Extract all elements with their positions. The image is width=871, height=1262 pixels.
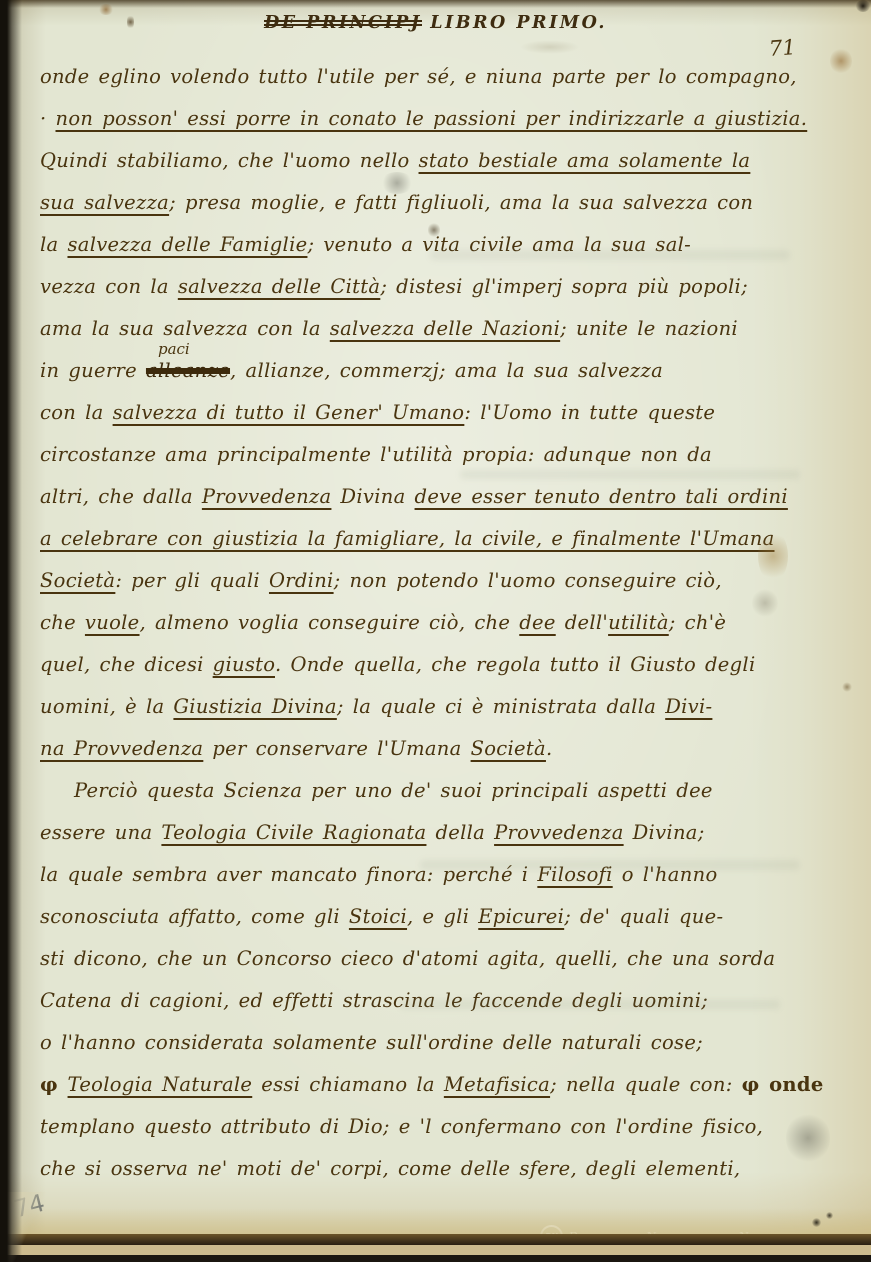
- text-segment: Teologia Civile Ragionata: [161, 821, 426, 844]
- stain: [98, 4, 114, 15]
- text-segment: ; distesi gl'imperj sopra più popoli;: [380, 275, 748, 298]
- text-segment: sti dicono, che un Concorso cieco d'atom…: [40, 947, 775, 970]
- manuscript-line: vezza con la salvezza delle Città; diste…: [40, 266, 841, 308]
- text-segment: ; la quale ci è ministrata dalla: [337, 695, 665, 718]
- text-segment: : l'Uomo in tutte queste: [464, 401, 715, 424]
- manuscript-line: Quindi stabiliamo, che l'uomo nello stat…: [40, 140, 841, 182]
- page-top-edge: [0, 0, 871, 8]
- manuscript-line: sua salvezza; presa moglie, e fatti figl…: [40, 182, 841, 224]
- text-segment: Divina: [331, 485, 414, 508]
- manuscript-line: che si osserva ne' moti de' corpi, come …: [40, 1148, 841, 1190]
- text-segment: dell': [556, 611, 608, 634]
- text-segment: deve esser tenuto dentro tali ordini: [415, 485, 788, 508]
- stain: [842, 682, 852, 692]
- bleedthrough-mark: [430, 250, 790, 260]
- text-segment: vezza con la: [40, 275, 178, 298]
- bleedthrough-mark: [460, 470, 800, 479]
- text-segment: Teologia Naturale: [68, 1073, 253, 1096]
- underpage-edge: [0, 1245, 871, 1255]
- text-segment: onde eglino volendo tutto l'utile per sé…: [40, 65, 797, 88]
- manuscript-line: onde eglino volendo tutto l'utile per sé…: [40, 56, 841, 98]
- smudge: [786, 1112, 830, 1164]
- bleedthrough-mark: [520, 40, 580, 54]
- text-segment: : per gli quali: [115, 569, 269, 592]
- text-segment: non posson' essi porre in conato le pass…: [56, 107, 808, 130]
- text-segment: per conservare l'Umana: [203, 737, 470, 760]
- text-segment: na Provvedenza: [40, 737, 203, 760]
- text-segment: dee: [519, 611, 555, 634]
- text-segment: Metafisica: [444, 1073, 550, 1096]
- text-segment: utilità: [608, 611, 669, 634]
- manuscript-line: φ Teologia Naturale essi chiamano la Met…: [40, 1064, 841, 1106]
- manuscript-line: templano questo attributo di Dio; e 'l c…: [40, 1106, 841, 1148]
- text-segment: , allianze, commerzj; ama la sua salvezz…: [230, 359, 663, 382]
- text-segment: la: [40, 233, 67, 256]
- text-segment: ·: [40, 107, 56, 130]
- manuscript-line: Perciò questa Scienza per uno de' suoi p…: [40, 770, 841, 812]
- insertion-mark: φ onde: [742, 1073, 824, 1096]
- scan-bottom-border: [0, 1255, 871, 1262]
- smudge: [752, 588, 778, 618]
- text-segment: ; presa moglie, e fatti figliuoli, ama l…: [169, 191, 753, 214]
- text-segment: sconosciuta affatto, come gli: [40, 905, 349, 928]
- text-segment: Ordini: [269, 569, 334, 592]
- text-segment: salvezza delle Nazioni: [330, 317, 560, 340]
- manuscript-line: che vuole, almeno voglia conseguire ciò,…: [40, 602, 841, 644]
- insertion-mark: φ: [40, 1073, 68, 1096]
- smudge: [380, 172, 414, 194]
- manuscript-line: con la salvezza di tutto il Gener' Umano…: [40, 392, 841, 434]
- manuscript-line: in guerre alleanzepaci, allianze, commer…: [40, 350, 841, 392]
- text-segment: sua salvezza: [40, 191, 169, 214]
- manuscript-line: uomini, è la Giustizia Divina; la quale …: [40, 686, 841, 728]
- text-segment: essere una: [40, 821, 161, 844]
- ink-spot: [428, 222, 440, 238]
- text-segment: ; de' quali que-: [564, 905, 723, 928]
- text-segment: con la: [40, 401, 113, 424]
- text-segment: essi chiamano la: [252, 1073, 444, 1096]
- manuscript-text: onde eglino volendo tutto l'utile per sé…: [40, 56, 841, 1190]
- manuscript-line: · non posson' essi porre in conato le pa…: [40, 98, 841, 140]
- manuscript-line: sconosciuta affatto, come gli Stoici, e …: [40, 896, 841, 938]
- text-segment: Stoici: [349, 905, 407, 928]
- text-segment: ; nella quale con:: [550, 1073, 742, 1096]
- struck-word: alleanzepaci: [146, 359, 230, 382]
- text-segment: Società: [471, 737, 546, 760]
- text-segment: templano questo attributo di Dio; e 'l c…: [40, 1115, 763, 1138]
- page-title: LIBRO PRIMO.: [422, 13, 607, 33]
- manuscript-line: altri, che dalla Provvedenza Divina deve…: [40, 476, 841, 518]
- text-segment: Epicurei: [478, 905, 564, 928]
- text-segment: giusto: [213, 653, 275, 676]
- text-segment: altri, che dalla: [40, 485, 202, 508]
- text-segment: , almeno voglia conseguire ciò, che: [140, 611, 520, 634]
- text-segment: Provvedenza: [494, 821, 624, 844]
- text-segment: che si osserva ne' moti de' corpi, come …: [40, 1157, 740, 1180]
- text-segment: ; ch'è: [669, 611, 726, 634]
- text-segment: a celebrare con giustizia la famigliare,…: [40, 527, 775, 550]
- stain: [127, 14, 134, 30]
- text-segment: che: [40, 611, 85, 634]
- text-segment: Provvedenza: [202, 485, 332, 508]
- manuscript-page: DE PRINCIPJ LIBRO PRIMO. 71 onde eglino …: [0, 0, 871, 1262]
- text-segment: circostanze ama principalmente l'utilità…: [40, 443, 712, 466]
- text-segment: salvezza delle Città: [178, 275, 381, 298]
- text-segment: o l'hanno considerata solamente sull'ord…: [40, 1031, 703, 1054]
- text-segment: Perciò questa Scienza per uno de' suoi p…: [74, 779, 713, 802]
- text-segment: uomini, è la: [40, 695, 173, 718]
- text-segment: ; non potendo l'uomo conseguire ciò,: [334, 569, 722, 592]
- ink-spot: [812, 1218, 821, 1227]
- stain: [758, 530, 788, 582]
- text-segment: ama la sua salvezza con la: [40, 317, 330, 340]
- page-bottom-edge-dark: [0, 1234, 871, 1245]
- text-segment: Divi-: [665, 695, 712, 718]
- interlinear-insertion: paci: [158, 342, 190, 357]
- manuscript-line: sti dicono, che un Concorso cieco d'atom…: [40, 938, 841, 980]
- text-segment: quel, che dicesi: [40, 653, 213, 676]
- struck-title-text: DE PRINCIPJ: [264, 13, 422, 33]
- manuscript-line: o l'hanno considerata solamente sull'ord…: [40, 1022, 841, 1064]
- manuscript-scan: DE PRINCIPJ LIBRO PRIMO. 71 onde eglino …: [0, 0, 871, 1262]
- text-segment: in guerre: [40, 359, 146, 382]
- text-segment: Società: [40, 569, 115, 592]
- text-segment: vuole: [85, 611, 140, 634]
- text-segment: Quindi stabiliamo, che l'uomo nello: [40, 149, 419, 172]
- text-segment: salvezza delle Famiglie: [67, 233, 307, 256]
- text-segment: stato bestiale ama solamente la: [419, 149, 751, 172]
- page-bottom-curl: [0, 1208, 871, 1234]
- ink-spot: [826, 1212, 833, 1219]
- text-segment: della: [426, 821, 494, 844]
- bleedthrough-mark: [400, 1000, 780, 1009]
- manuscript-line: essere una Teologia Civile Ragionata del…: [40, 812, 841, 854]
- page-binding-edge: [0, 0, 22, 1262]
- manuscript-line: na Provvedenza per conservare l'Umana So…: [40, 728, 841, 770]
- stain: [830, 48, 852, 74]
- text-segment: ; unite le nazioni: [560, 317, 738, 340]
- text-segment: , e gli: [407, 905, 478, 928]
- manuscript-line: a celebrare con giustizia la famigliare,…: [40, 518, 841, 560]
- text-segment: Giustizia Divina: [173, 695, 336, 718]
- text-segment: . Onde quella, che regola tutto il Giust…: [275, 653, 756, 676]
- text-segment: salvezza di tutto il Gener' Umano: [113, 401, 465, 424]
- text-segment: Divina;: [624, 821, 705, 844]
- manuscript-line: quel, che dicesi giusto. Onde quella, ch…: [40, 644, 841, 686]
- ink-spot: [856, 0, 870, 12]
- text-segment: .: [546, 737, 553, 760]
- manuscript-line: Società: per gli quali Ordini; non poten…: [40, 560, 841, 602]
- bleedthrough-mark: [420, 860, 800, 870]
